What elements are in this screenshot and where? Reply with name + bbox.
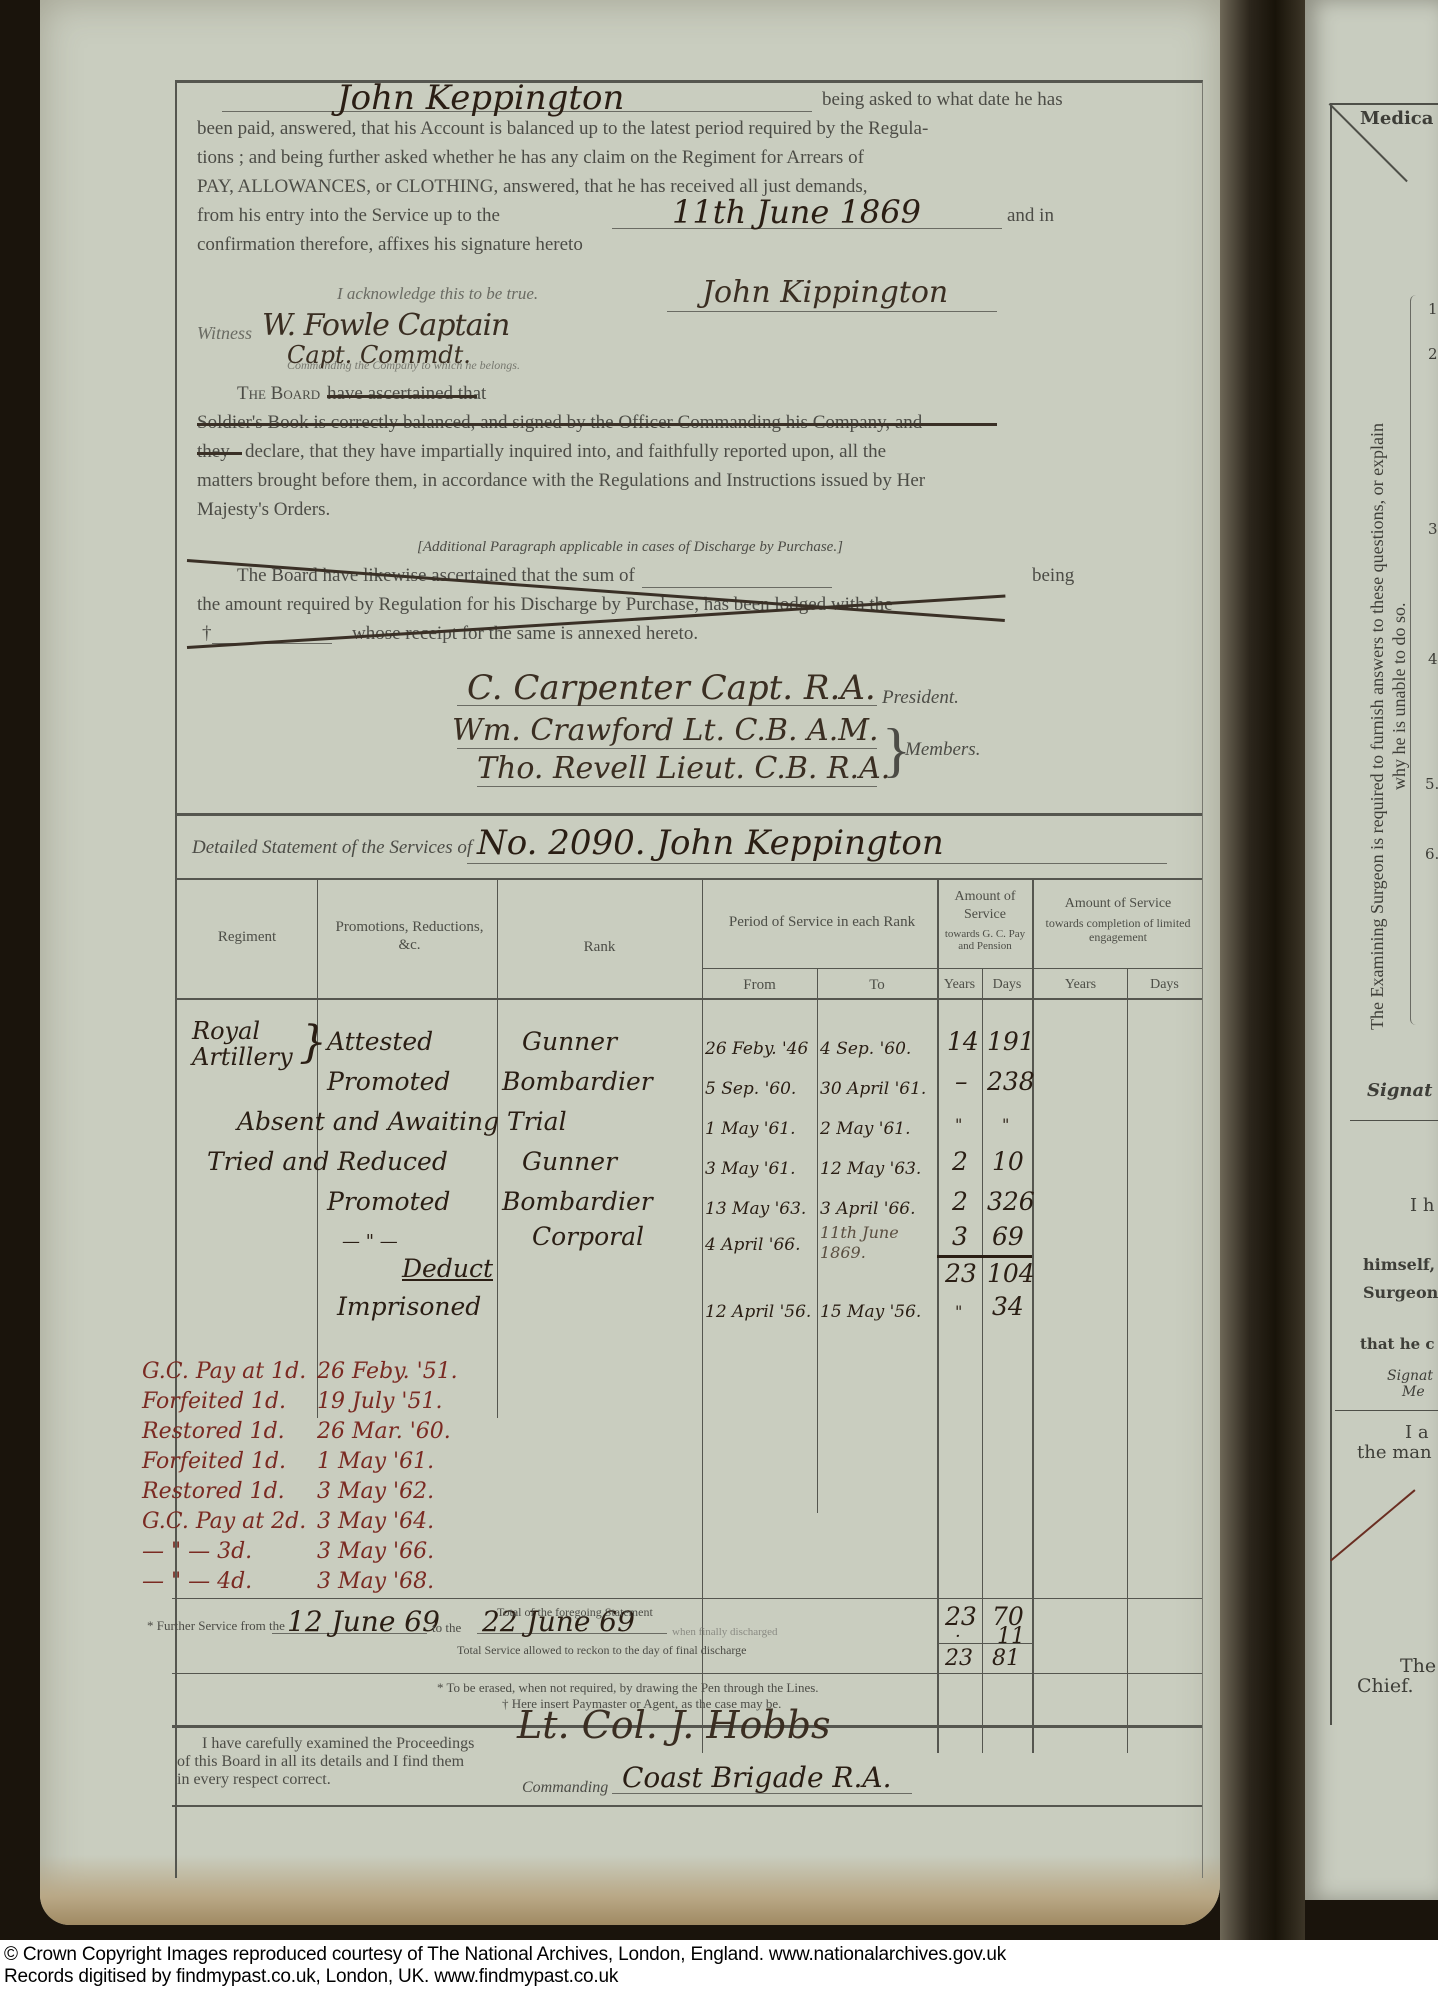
gc-entry-label: — " — 3d. (142, 1538, 252, 1566)
subheader-line (702, 968, 1202, 969)
gc-entry-label: Forfeited 1d. (142, 1388, 286, 1416)
row-rank: Gunner (522, 1148, 617, 1176)
witness-label: Witness (197, 319, 252, 348)
gc-entry-label: — " — 4d. (142, 1568, 252, 1596)
account-line2: been paid, answered, that his Account is… (197, 114, 928, 143)
acknowledge-text: I acknowledge this to be true. (337, 279, 538, 308)
gc-entry-date: 19 July '51. (317, 1388, 442, 1416)
col-ltd-years: Years (1034, 976, 1127, 994)
row-rank: Gunner (522, 1028, 617, 1056)
row-years: 2 (952, 1148, 968, 1176)
purchase-being: being (1032, 561, 1074, 590)
divider-2 (1335, 1410, 1438, 1411)
board-struck-text: have ascertained that (327, 379, 486, 408)
further-to-label: to the (432, 1620, 461, 1636)
col-from: From (702, 976, 817, 994)
question-6: 6. (1425, 845, 1438, 863)
question-4: 4 (1428, 650, 1438, 668)
account-line5: from his entry into the Service up to th… (197, 201, 500, 230)
row-from: 4 April '66. (705, 1231, 801, 1259)
row-days: 10 (992, 1148, 1024, 1176)
gc-entry-label: Restored 1d. (142, 1418, 285, 1446)
divider (1350, 1120, 1438, 1121)
gc-entry-label: Forfeited 1d. (142, 1448, 286, 1476)
row-from: 13 May '63. (705, 1195, 806, 1223)
witness-signature-2: Capt. Commdt. (287, 341, 471, 369)
row-days: " (1002, 1111, 1009, 1139)
col-ltd-amount: Amount of Service (1034, 895, 1202, 913)
row-from: 26 Feby. '46 (705, 1035, 808, 1063)
right-text-the-man: the man (1357, 1442, 1432, 1463)
account-line5-suffix: and in (1007, 201, 1054, 230)
row-promotion: — " — (342, 1228, 398, 1256)
right-text-the: The (1400, 1655, 1436, 1677)
soldier-name-handwritten: John Keppington (337, 78, 624, 118)
commanding-label: Commanding (522, 1773, 608, 1802)
certification-text: I have carefully examined the Proceeding… (177, 1735, 477, 1789)
soldier-signature: John Kippington (702, 275, 948, 310)
when-discharged-label: when finally discharged (672, 1625, 778, 1639)
row-years: 3 (952, 1223, 968, 1251)
final-years: 23 (945, 1645, 973, 1673)
row-from: 5 Sep. '60. (705, 1075, 796, 1103)
col-divider (817, 968, 818, 1513)
book-gutter (1220, 0, 1305, 1940)
purchase-line1: The Board have likewise ascertained that… (237, 561, 635, 590)
row-years: – (955, 1068, 968, 1096)
row-from: 3 May '61. (705, 1155, 795, 1183)
col-ltd-days: Days (1127, 976, 1202, 994)
form-bottom-line (172, 1805, 1202, 1807)
col-ltd-sub: towards completion of limited engagement (1034, 916, 1202, 944)
right-text-chief: Chief. (1357, 1675, 1414, 1697)
right-text-signat: Signat (1387, 1368, 1433, 1384)
col-divider (982, 968, 983, 1753)
gc-entry-label: G.C. Pay at 2d. (142, 1508, 306, 1536)
row-promotion: Absent and Awaiting Trial (237, 1108, 567, 1136)
row-promotion: Tried and Reduced (207, 1148, 448, 1176)
right-text-himself: himself, (1363, 1255, 1435, 1274)
col-gc-sub: towards G. C. Pay and Pension (939, 928, 1031, 952)
subtotal-years: 23 (945, 1260, 977, 1288)
statement-heading: Detailed Statement of the Services of (192, 833, 472, 862)
col-period: Period of Service in each Rank (722, 913, 922, 931)
question-3: 3 (1428, 520, 1438, 538)
gc-entry-date: 26 Mar. '60. (317, 1418, 451, 1446)
row-from: 1 May '61. (705, 1115, 795, 1143)
member1-fill-line (457, 748, 877, 749)
commanding-unit: Coast Brigade R.A. (622, 1761, 892, 1794)
row-rank: Corporal (532, 1223, 644, 1251)
further-service-label: * Further Service from the (147, 1618, 285, 1634)
col-rank: Rank (497, 938, 702, 956)
row-to: 12 May '63. (820, 1155, 921, 1183)
col-regiment: Regiment (177, 928, 317, 946)
col-divider (1127, 968, 1128, 1753)
imprisoned-to: 15 May '56. (820, 1298, 921, 1326)
totals-top-line (172, 1598, 1202, 1599)
row-rank: Bombardier (502, 1188, 653, 1216)
final-total-rule (937, 1643, 1032, 1644)
row-to: 30 April '61. (820, 1075, 926, 1103)
col-divider (1032, 878, 1034, 1753)
row-to: 3 April '66. (820, 1195, 916, 1223)
row-years: 2 (952, 1188, 968, 1216)
board-matters: matters brought before them, in accordan… (197, 466, 925, 495)
imprisoned-label: Imprisoned (337, 1293, 481, 1321)
board-declare: declare, that they have impartially inqu… (245, 437, 886, 466)
col-divider (497, 878, 498, 1418)
brace (1410, 295, 1419, 1025)
question-5: 5. (1425, 775, 1438, 793)
row-promotion: Promoted (327, 1188, 450, 1216)
account-line6: confirmation therefore, affixes his sign… (197, 230, 583, 259)
right-text-i-h: I h (1410, 1195, 1434, 1216)
row-days: 326 (987, 1188, 1035, 1216)
section-divider (177, 813, 1202, 816)
col-gc-days: Days (982, 976, 1032, 994)
subtotal-days: 104 (987, 1260, 1035, 1288)
col-gc-amount: Amount of Service (939, 888, 1031, 924)
additional-paragraph: [Additional Paragraph applicable in case… (417, 533, 843, 562)
surgeon-instructions-2: why he is unable to do so. (1389, 603, 1410, 790)
strike-through (197, 423, 997, 426)
row-days: 238 (987, 1068, 1035, 1096)
strike-through (197, 452, 242, 455)
right-text-i-a: I a (1405, 1422, 1429, 1443)
board-intro: The Board (237, 379, 320, 408)
total-allowed-label: Total Service allowed to reckon to the d… (457, 1643, 747, 1657)
form-frame: John Keppington being asked to what date… (175, 80, 1203, 1878)
gc-entry-date: 3 May '66. (317, 1538, 434, 1566)
regiment-value: Royal Artillery (192, 1018, 302, 1070)
gc-entry-label: G.C. Pay at 1d. (142, 1358, 306, 1386)
member1-signature: Wm. Crawford Lt. C.B. A.M. (452, 713, 879, 748)
copyright-line: © Crown Copyright Images reproduced cour… (4, 1944, 1438, 1966)
right-page: Medica The Examining Surgeon is required… (1305, 0, 1438, 1900)
row-rank: Bombardier (502, 1068, 653, 1096)
regiment-brace: } (299, 1018, 327, 1068)
question-1: 1 (1428, 300, 1438, 318)
signature-line (667, 311, 997, 312)
president-label: President. (882, 683, 959, 712)
gc-entry-label: Restored 1d. (142, 1478, 285, 1506)
board-orders: Majesty's Orders. (197, 495, 330, 524)
total-foregoing-label: Total of the foregoing Statement (497, 1605, 653, 1619)
sum-fill-line (642, 587, 832, 588)
imprisoned-years: " (955, 1298, 962, 1326)
account-line1: being asked to what date he has (822, 85, 1063, 114)
final-days: 81 (992, 1645, 1020, 1673)
president-signature: C. Carpenter Capt. R.A. (467, 668, 876, 708)
gc-entry-date: 26 Feby. '51. (317, 1358, 458, 1386)
imprisoned-from: 12 April '56. (705, 1298, 811, 1326)
table-top-line (177, 878, 1202, 880)
gc-entry-date: 3 May '62. (317, 1478, 434, 1506)
witness-signature: W. Fowle Captain (262, 308, 509, 343)
row-promotion: Attested (327, 1028, 433, 1056)
copyright-footer: © Crown Copyright Images reproduced cour… (0, 1940, 1438, 2002)
account-line3: tions ; and being further asked whether … (197, 143, 864, 172)
right-text-that-he: that he c (1360, 1335, 1435, 1353)
row-to: 4 Sep. '60. (820, 1035, 911, 1063)
statement-fill-line (467, 863, 1167, 864)
statement-soldier: No. 2090. John Keppington (477, 823, 944, 863)
gc-entry-date: 1 May '61. (317, 1448, 434, 1476)
member2-signature: Tho. Revell Lieut. C.B. R.A. (477, 751, 890, 786)
row-days: 191 (987, 1028, 1035, 1056)
date-paid-to: 11th June 1869 (672, 193, 921, 231)
commander-signature: Lt. Col. J. Hobbs (517, 1703, 831, 1747)
row-years: 14 (947, 1028, 979, 1056)
col-gc-years: Years (937, 976, 982, 994)
deduct-label: Deduct (402, 1255, 493, 1283)
row-to: 2 May '61. (820, 1115, 910, 1143)
col-to: To (817, 976, 937, 994)
member2-fill-line (477, 786, 877, 787)
totals-bottom-line (172, 1673, 1202, 1674)
question-2: 2 (1428, 345, 1438, 363)
signature-label: Signat (1367, 1080, 1433, 1101)
further-from: 12 June 69 (287, 1605, 440, 1638)
right-text-surgeon: Surgeon, (1363, 1283, 1438, 1302)
members-label: Members. (905, 735, 980, 764)
row-promotion: Promoted (327, 1068, 450, 1096)
col-divider (937, 878, 939, 1753)
total-foregoing-years: 23 (945, 1603, 977, 1631)
medical-header: Medica (1360, 108, 1433, 129)
right-text-me: Me (1402, 1384, 1425, 1400)
subtotal-rule (937, 1255, 1032, 1258)
gc-entry-date: 3 May '64. (317, 1508, 434, 1536)
gc-entry-date: 3 May '68. (317, 1568, 434, 1596)
row-years: " (955, 1111, 962, 1139)
row-to: 11th June 1869. (820, 1223, 930, 1263)
imprisoned-days: 34 (992, 1293, 1024, 1321)
digitised-line: Records digitised by findmypast.co.uk, L… (4, 1966, 1438, 1988)
col-promotions: Promotions, Reductions, &c. (327, 918, 492, 954)
table-header-line (177, 998, 1202, 1000)
strike-through (327, 395, 477, 398)
surgeon-instructions: The Examining Surgeon is required to fur… (1367, 423, 1388, 1030)
footnote-erase: * To be erased, when not required, by dr… (437, 1680, 819, 1696)
row-days: 69 (992, 1223, 1024, 1251)
col-divider (702, 878, 703, 1753)
scanned-document: Medica The Examining Surgeon is required… (0, 0, 1438, 1940)
